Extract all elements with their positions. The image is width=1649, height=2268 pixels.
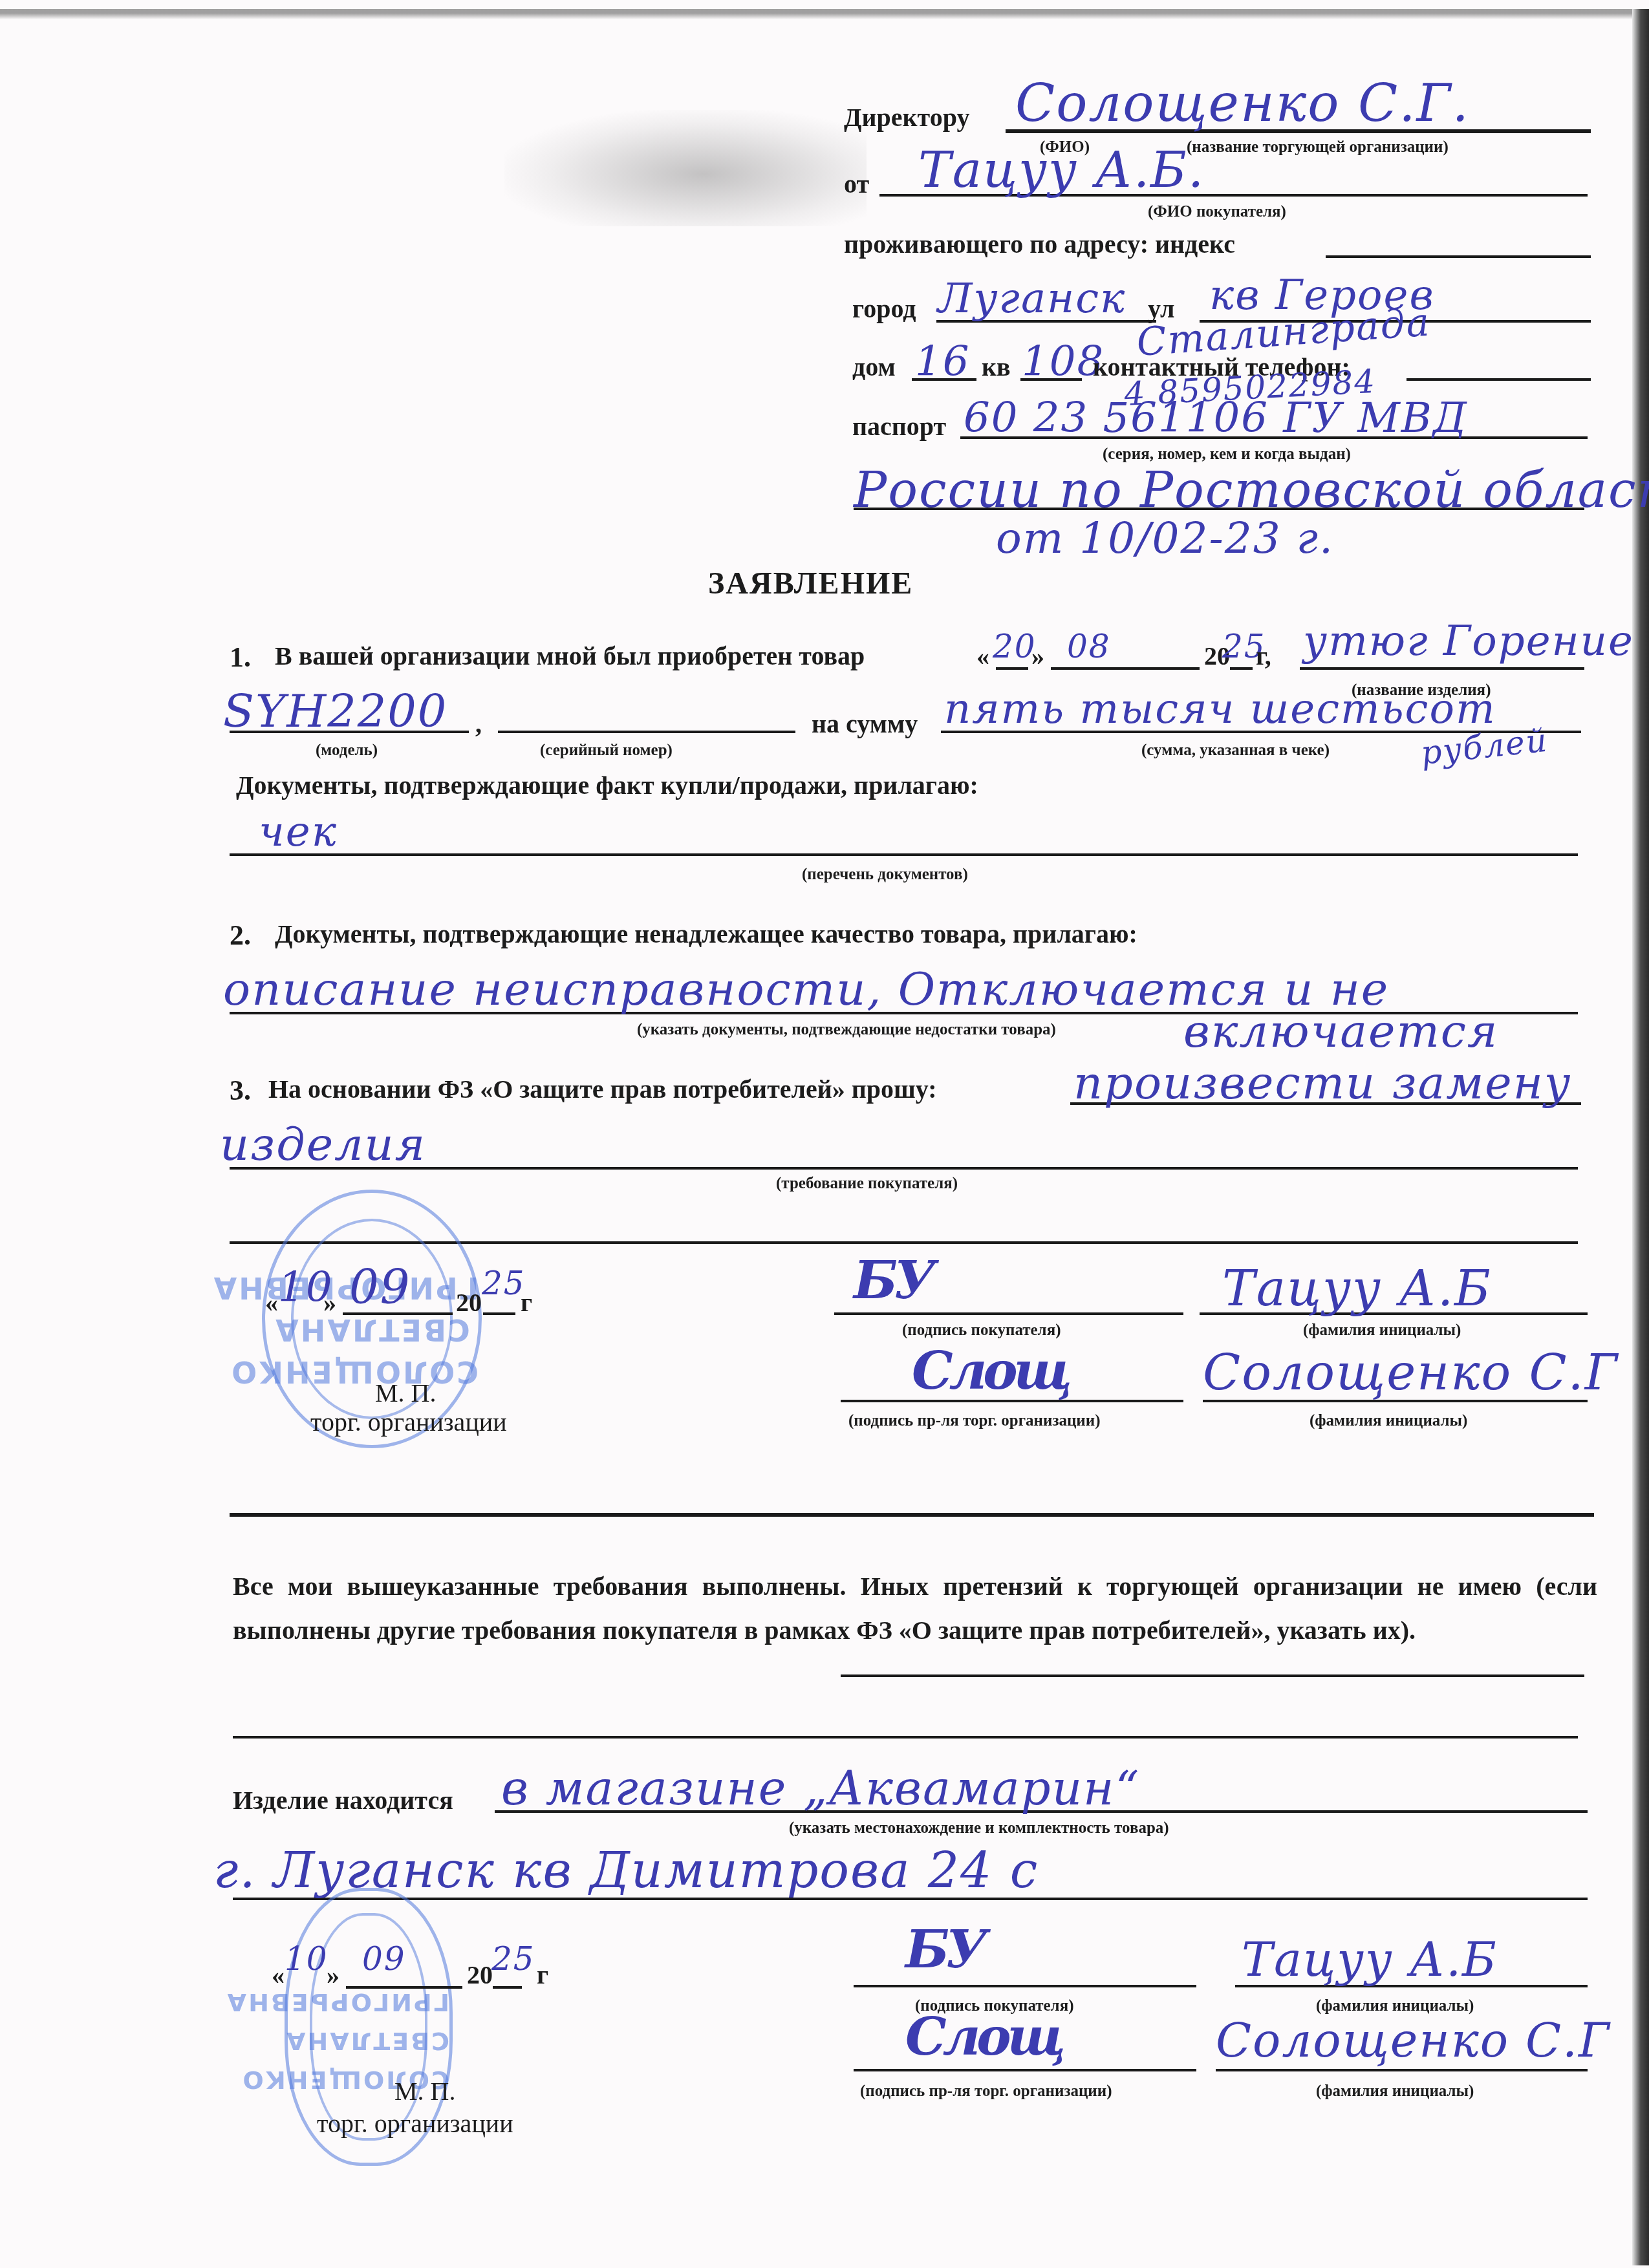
quote-open: « xyxy=(976,643,989,669)
sign1-year-field[interactable]: 25 xyxy=(482,1267,526,1300)
apt-field[interactable]: 108 xyxy=(1022,341,1105,383)
sign2-month-line xyxy=(346,1986,462,1989)
sign1-buyer-name-field[interactable]: Тацуу А.Б xyxy=(1222,1264,1492,1313)
purchase-day-field[interactable]: 20 xyxy=(993,630,1037,663)
from-label: от xyxy=(844,171,869,197)
sign1-buyer-signature[interactable]: БУ xyxy=(854,1254,932,1306)
sign2-seller-signature[interactable]: Слощ xyxy=(905,2011,1062,2062)
date2-quote-open: « xyxy=(272,1962,285,1988)
house-field[interactable]: 16 xyxy=(915,341,970,383)
section-divider xyxy=(230,1513,1594,1517)
location-label: Изделие находится xyxy=(233,1788,453,1813)
day-field-line xyxy=(996,667,1028,670)
passport-issued-date: от 10/02-23 г. xyxy=(996,517,1334,560)
sum-field[interactable]: пять тысяч шестьсот xyxy=(944,689,1496,730)
director-label: Директору xyxy=(844,105,969,131)
director-field[interactable]: Солощенко С.Г. xyxy=(1015,78,1470,129)
caption-serial: (серийный номер) xyxy=(540,742,673,758)
scan-edge-top xyxy=(0,9,1649,19)
sign2-buyer-sig-line xyxy=(854,1985,1196,1987)
sign1-month-field[interactable]: 09 xyxy=(349,1264,411,1311)
sign1-year-prefix: 20 xyxy=(456,1290,482,1316)
other-demands-line-2 xyxy=(233,1736,1578,1738)
location-field[interactable]: в магазине „Аквамарин“ xyxy=(501,1765,1140,1812)
closing-paragraph: Все мои вышеуказанные требования выполне… xyxy=(233,1565,1597,1653)
sign1-year-suffix: г xyxy=(521,1290,532,1316)
sign2-buyer-name-field[interactable]: Тацуу А.Б xyxy=(1242,1936,1498,1983)
caption-sign2-seller-sig: (подпись пр-ля торг. организации) xyxy=(860,2083,1112,2099)
sign1-year-line xyxy=(483,1312,515,1315)
serial-field-line xyxy=(498,731,795,733)
sign2-buyer-signature[interactable]: БУ xyxy=(905,1923,984,1975)
scanned-page: Директору Солощенко С.Г. (ФИО) (название… xyxy=(0,0,1649,2268)
sign2-seller-sig-line xyxy=(854,2069,1196,2071)
caption-org: (название торгующей организации) xyxy=(1187,139,1449,155)
caption-model: (модель) xyxy=(316,742,378,758)
caption-sign1-buyer-name: (фамилия инициалы) xyxy=(1303,1322,1461,1338)
section1-text: В вашей организации мной был приобретен … xyxy=(275,643,865,669)
other-demands-line xyxy=(841,1674,1584,1677)
model-comma: , xyxy=(475,711,482,737)
document-title: ЗАЯВЛЕНИЕ xyxy=(708,566,913,601)
caption-sign2-seller-name: (фамилия инициалы) xyxy=(1316,2083,1474,2099)
caption-sign1-seller-name: (фамилия инициалы) xyxy=(1309,1413,1467,1429)
month-field-line xyxy=(1051,667,1200,670)
section2-text: Документы, подтверждающие ненадлежащее к… xyxy=(275,921,1137,947)
caption-buyer: (ФИО покупателя) xyxy=(1148,204,1286,220)
city-label: город xyxy=(852,296,916,322)
section3-text: На основании ФЗ «О защите прав потребите… xyxy=(268,1076,937,1102)
date2-quote-close: » xyxy=(327,1962,339,1988)
product-name-field[interactable]: утюг Горение xyxy=(1303,621,1634,662)
sign2-stamp-label: М. П. xyxy=(394,2079,455,2104)
date1-quote-close: » xyxy=(323,1290,336,1316)
model-field[interactable]: SYH2200 xyxy=(223,689,447,734)
sign1-seller-signature[interactable]: Слощ xyxy=(912,1345,1068,1396)
sign2-year-field[interactable]: 25 xyxy=(491,1943,535,1975)
sum-label: на сумму xyxy=(812,711,918,737)
toner-smudge xyxy=(504,110,867,226)
caption-sign1-seller-sig: (подпись пр-ля торг. организации) xyxy=(848,1413,1101,1429)
demand-field-continued: изделия xyxy=(220,1122,426,1167)
caption-location: (указать местонахождение и комплектность… xyxy=(789,1820,1169,1836)
section1-number: 1. xyxy=(230,643,251,672)
sign2-year-suffix: г xyxy=(537,1962,548,1988)
apt-label: кв xyxy=(982,354,1011,380)
purchase-docs-field[interactable]: чек xyxy=(259,811,338,853)
sign2-seller-name-field[interactable]: Солощенко С.Г xyxy=(1216,2017,1611,2064)
quote-close: » xyxy=(1031,643,1044,669)
year-suffix: г, xyxy=(1256,643,1271,669)
phone-field-line xyxy=(1406,378,1591,381)
caption-defect-docs: (указать документы, подтвеждающие недост… xyxy=(637,1022,1056,1038)
caption-demand: (требование покупателя) xyxy=(776,1175,958,1192)
sign1-stamp-label: М. П. xyxy=(375,1380,436,1406)
house-label: дом xyxy=(852,354,896,380)
sign1-seller-name-field[interactable]: Солощенко С.Г xyxy=(1203,1348,1619,1397)
sign2-stamp-sub: торг. организации xyxy=(317,2111,513,2137)
purchase-month-field[interactable]: 08 xyxy=(1067,630,1111,663)
defect-docs-continued: включается xyxy=(1183,1009,1498,1054)
sign2-day-field[interactable]: 10 xyxy=(285,1943,329,1975)
caption-sign1-buyer-sig: (подпись покупателя) xyxy=(902,1322,1061,1338)
caption-docs: (перечень документов) xyxy=(802,866,968,883)
sign2-year-line xyxy=(493,1986,522,1989)
year-field-line xyxy=(1230,667,1253,670)
sign1-stamp-sub: торг. организации xyxy=(310,1409,507,1435)
sign2-year-prefix: 20 xyxy=(467,1962,493,1988)
caption-sign2-buyer-name: (фамилия инициалы) xyxy=(1316,1998,1474,2014)
caption-sum: (сумма, указанная в чеке) xyxy=(1141,742,1330,758)
from-field[interactable]: Тацуу А.Б. xyxy=(918,145,1205,195)
demand-line-2 xyxy=(230,1167,1578,1170)
city-field[interactable]: Луганск xyxy=(938,278,1126,319)
section3-number: 3. xyxy=(230,1076,251,1105)
location-field-continued: г. Луганск кв Димитрова 24 с xyxy=(213,1846,1039,1895)
sign1-buyer-sig-line xyxy=(834,1312,1183,1315)
passport-issued-field[interactable]: России по Ростовской области xyxy=(854,465,1649,515)
passport-label: паспорт xyxy=(852,414,946,440)
address-label: проживающего по адресу: индекс xyxy=(844,231,1235,257)
purchase-docs-text: Документы, подтверждающие факт купли/про… xyxy=(236,773,978,798)
purchase-docs-line xyxy=(230,853,1578,856)
product-field-line xyxy=(1300,667,1584,670)
section2-number: 2. xyxy=(230,921,251,950)
caption-passport: (серия, номер, кем и когда выдан) xyxy=(1103,446,1351,462)
demand-field[interactable]: произвести замену xyxy=(1073,1060,1571,1106)
sign2-month-field[interactable]: 09 xyxy=(362,1943,406,1975)
sign2-seller-name-line xyxy=(1216,2069,1588,2071)
date1-quote-open: « xyxy=(265,1290,278,1316)
scan-edge-right xyxy=(1632,9,1649,2265)
passport-field[interactable]: 60 23 561106 ГУ МВД xyxy=(964,398,1468,439)
index-field-line xyxy=(1326,255,1591,258)
